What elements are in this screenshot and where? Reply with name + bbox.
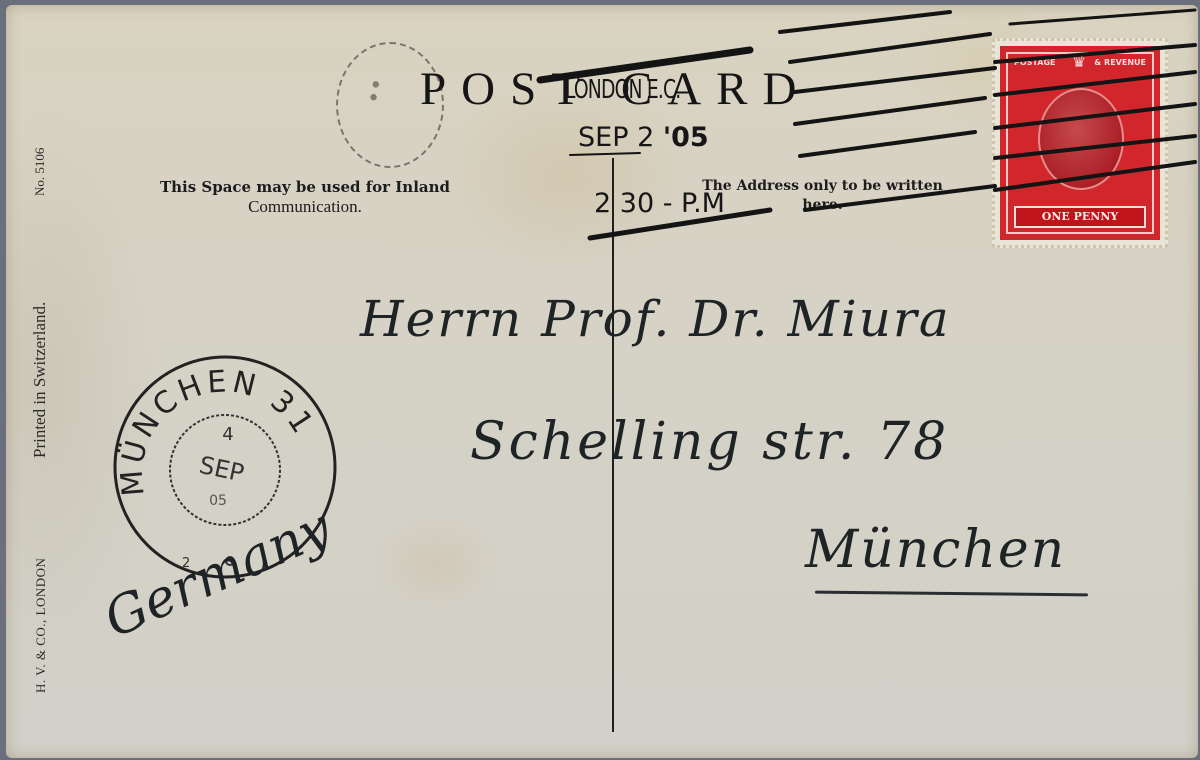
london-postmark-date: SEP 2 '05 bbox=[578, 122, 709, 153]
munich-postmark-day: 4 bbox=[222, 424, 233, 445]
london-postmark-time: 2 30 - P.M bbox=[594, 188, 725, 219]
one-penny-stamp: ♛ POSTAGE & REVENUE ONE PENNY bbox=[992, 38, 1168, 248]
stamp-revenue-label: & REVENUE bbox=[1094, 58, 1146, 67]
london-postmark-day: SEP 2 bbox=[578, 122, 654, 153]
handwritten-city: München bbox=[805, 520, 1066, 580]
handwritten-street: Schelling str. 78 bbox=[470, 412, 949, 472]
stamp-header: POSTAGE & REVENUE bbox=[1000, 58, 1160, 67]
stamp-postage-label: POSTAGE bbox=[1014, 58, 1055, 67]
handwritten-recipient: Herrn Prof. Dr. Miura bbox=[360, 290, 951, 348]
printed-in-switzerland: Printed in Switzerland. bbox=[30, 302, 50, 458]
inland-communication-note: This Space may be used for Inland Commun… bbox=[120, 178, 490, 216]
munich-postmark-year: 05 bbox=[209, 493, 227, 509]
london-postmark-year: '05 bbox=[663, 122, 709, 153]
faint-postmark-text: •• bbox=[358, 76, 387, 106]
munich-postmark-month: SEP bbox=[197, 451, 247, 488]
stamp-value-label: ONE PENNY bbox=[1014, 206, 1146, 228]
inland-note-line-2: Communication. bbox=[120, 197, 490, 216]
publisher-imprint: H. V. & CO., LONDON bbox=[33, 558, 49, 693]
stamp-face: ♛ POSTAGE & REVENUE ONE PENNY bbox=[1000, 46, 1160, 240]
inland-note-line-1: This Space may be used for Inland bbox=[120, 178, 490, 197]
king-portrait-icon bbox=[1038, 88, 1124, 190]
faint-postmark-ring bbox=[336, 42, 444, 168]
card-number: No. 5106 bbox=[32, 148, 48, 196]
london-postmark-place: LONDON E.C. bbox=[565, 75, 680, 105]
